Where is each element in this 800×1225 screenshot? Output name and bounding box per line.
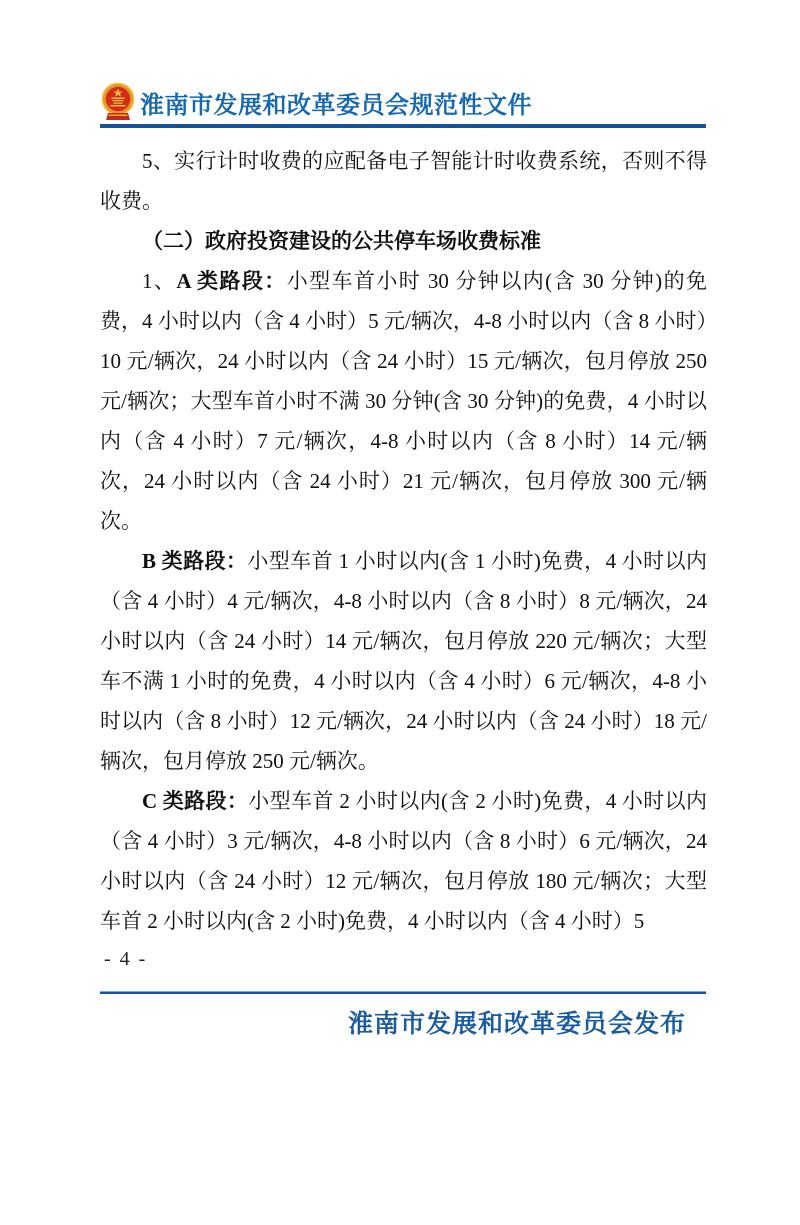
paragraph: （二）政府投资建设的公共停车场收费标准 xyxy=(100,221,707,261)
header-divider xyxy=(100,124,706,128)
paragraph-run: 小型车首小时 30 分钟以内(含 30 分钟)的免费，4 小时以内（含 4 小时… xyxy=(100,269,707,533)
paragraph: 1、A 类路段：小型车首小时 30 分钟以内(含 30 分钟)的免费，4 小时以… xyxy=(100,261,707,541)
publisher-label: 淮南市发展和改革委员会发布 xyxy=(100,1004,706,1040)
paragraph-run-bold: （二）政府投资建设的公共停车场收费标准 xyxy=(142,229,541,253)
document-page: 淮南市发展和改革委员会规范性文件 5、实行计时收费的应配备电子智能计时收费系统，… xyxy=(0,0,800,1225)
national-emblem-icon xyxy=(100,82,136,122)
page-title: 淮南市发展和改革委员会规范性文件 xyxy=(140,85,532,120)
paragraph-run: 小型车首 1 小时以内(含 1 小时)免费，4 小时以内（含 4 小时）4 元/… xyxy=(100,549,707,773)
paragraph: B 类路段：小型车首 1 小时以内(含 1 小时)免费，4 小时以内（含 4 小… xyxy=(100,541,707,781)
footer-divider xyxy=(100,991,706,994)
paragraph-run-bold: B 类路段： xyxy=(142,549,247,573)
paragraph-run-bold: A 类路段： xyxy=(176,269,286,293)
paragraph: C 类路段：小型车首 2 小时以内(含 2 小时)免费，4 小时以内（含 4 小… xyxy=(100,781,707,941)
paragraph-run-bold: C 类路段： xyxy=(142,789,248,813)
page-number: - 4 - xyxy=(104,948,147,971)
paragraph-run: 1、 xyxy=(142,269,176,293)
paragraph-run: 5、实行计时收费的应配备电子智能计时收费系统，否则不得收费。 xyxy=(100,149,707,213)
document-body: 5、实行计时收费的应配备电子智能计时收费系统，否则不得收费。（二）政府投资建设的… xyxy=(100,141,707,941)
paragraph: 5、实行计时收费的应配备电子智能计时收费系统，否则不得收费。 xyxy=(100,141,707,221)
document-header: 淮南市发展和改革委员会规范性文件 xyxy=(100,82,706,122)
